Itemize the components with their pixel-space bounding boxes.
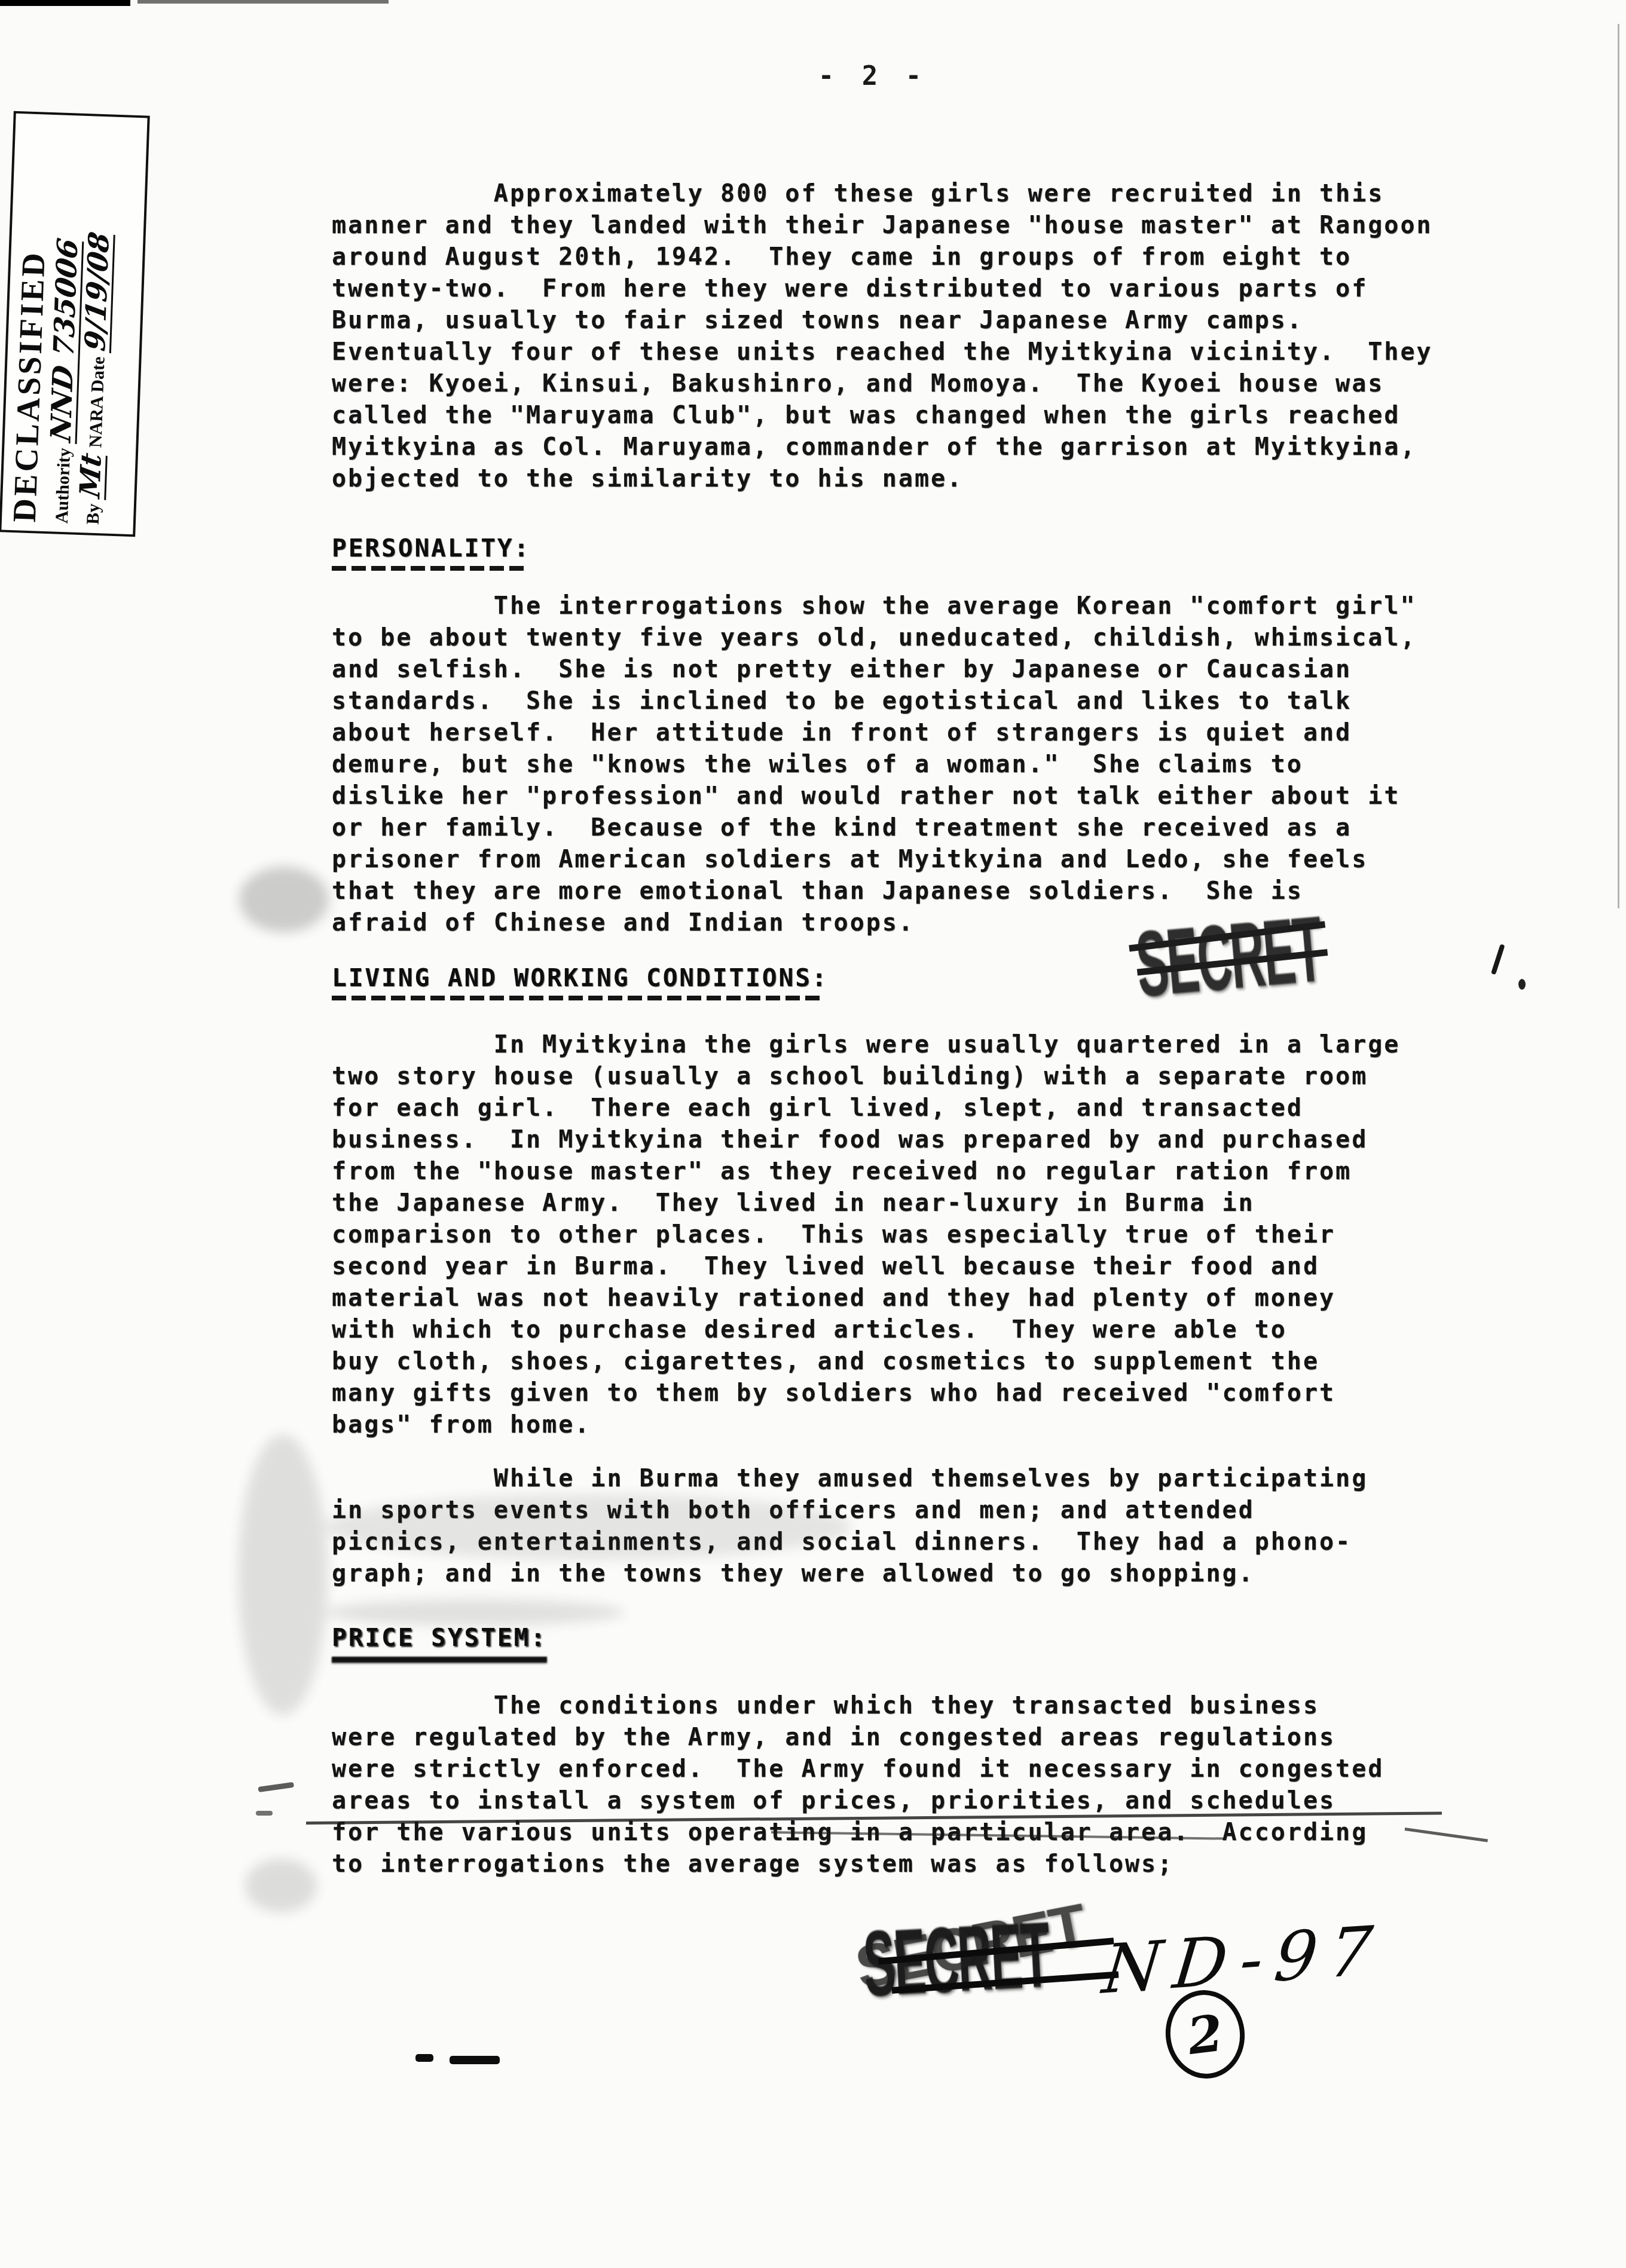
ink-speck bbox=[1518, 979, 1526, 990]
ink-smudge bbox=[239, 867, 329, 932]
secret-stamp-bottom: SECRET SECRET bbox=[861, 1899, 1118, 2031]
declassified-stamp: DECLASSIFIED Authority NND 735006 By Mt … bbox=[0, 111, 150, 537]
paragraph-price-system: The conditions under which they transact… bbox=[332, 1690, 1468, 1880]
nara-date-handwritten: 9/19/08 bbox=[81, 229, 115, 353]
circled-number-text: 2 bbox=[1184, 2003, 1226, 2065]
ink-mark bbox=[258, 1782, 294, 1792]
paragraph-recruitment: Approximately 800 of these girls were re… bbox=[332, 178, 1468, 495]
scanned-document-page: DECLASSIFIED Authority NND 735006 By Mt … bbox=[0, 0, 1626, 2268]
ink-smudge bbox=[326, 1599, 625, 1626]
heading-living-conditions: LIVING AND WORKING CONDITIONS: bbox=[332, 963, 829, 1000]
authority-label: Authority bbox=[52, 448, 75, 524]
authority-number-handwritten: NND 735006 bbox=[47, 237, 84, 445]
ink-dash bbox=[415, 2054, 433, 2062]
ink-mark bbox=[1491, 944, 1505, 975]
ink-dash bbox=[450, 2056, 500, 2064]
ink-smudge bbox=[326, 1494, 852, 1560]
nara-date-label: NARA Date bbox=[85, 356, 109, 448]
ink-mark bbox=[256, 1811, 273, 1816]
page-number: - 2 - bbox=[795, 61, 950, 91]
ink-smudge bbox=[245, 1859, 317, 1912]
heading-underline bbox=[332, 996, 822, 1000]
heading-underline bbox=[332, 1657, 547, 1663]
heading-price-system-text: PRICE SYSTEM: bbox=[332, 1623, 547, 1652]
heading-underline bbox=[332, 566, 529, 571]
heading-personality: PERSONALITY: bbox=[332, 534, 530, 571]
by-label: By bbox=[83, 503, 104, 525]
ink-smudge bbox=[238, 1434, 328, 1715]
scan-edge-smear bbox=[137, 0, 389, 4]
by-signature-handwritten: Mt bbox=[77, 451, 108, 500]
secret-stamp-middle: SECRET bbox=[1132, 895, 1343, 1008]
heading-living-conditions-text: LIVING AND WORKING CONDITIONS: bbox=[332, 963, 829, 992]
scan-edge-line bbox=[1618, 24, 1619, 908]
heading-personality-text: PERSONALITY: bbox=[332, 534, 530, 562]
paragraph-living-conditions: In Myitkyina the girls were usually quar… bbox=[332, 1029, 1468, 1441]
handwritten-doc-number: ND-97 bbox=[1099, 1911, 1388, 2009]
paragraph-personality: The interrogations show the average Kore… bbox=[332, 590, 1468, 939]
scan-edge-smear bbox=[0, 0, 130, 6]
heading-price-system: PRICE SYSTEM: bbox=[332, 1623, 547, 1663]
